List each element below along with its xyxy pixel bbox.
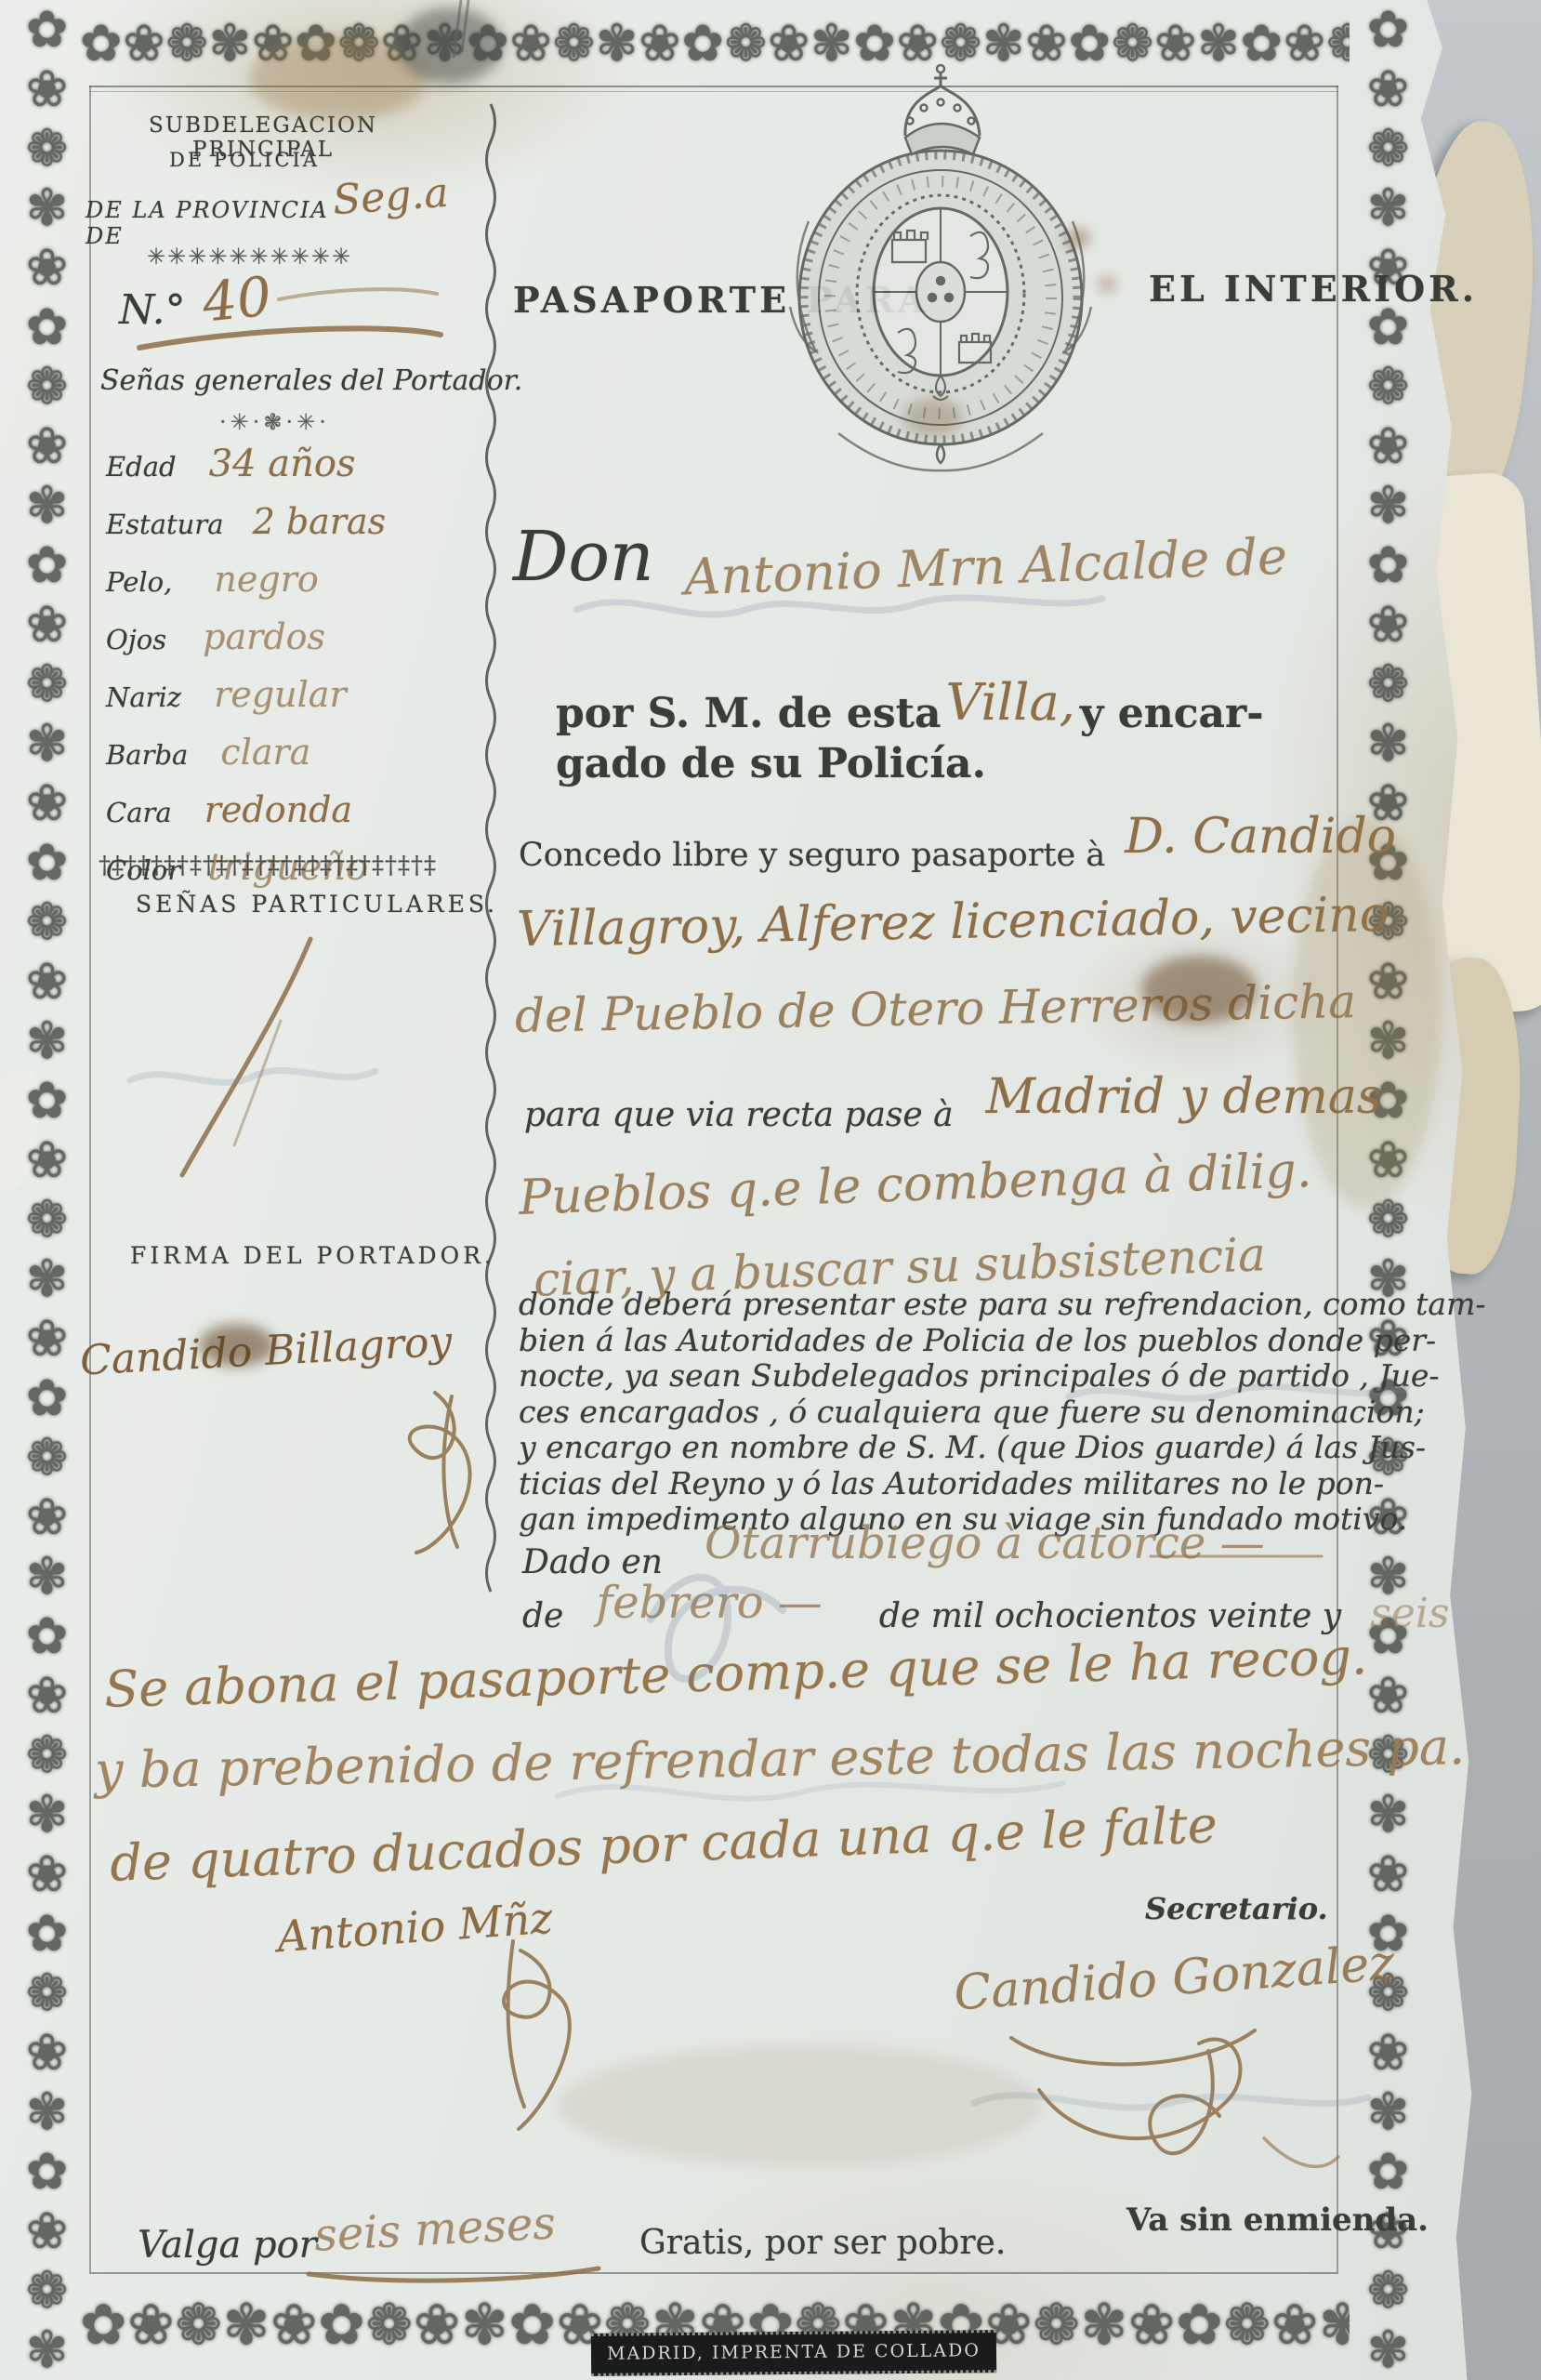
column-divider-wave [487,104,495,1592]
stain-blob [398,7,502,84]
stain-blob [1065,229,1089,247]
stain-blob [1292,818,1441,1209]
stain-blob [903,398,963,437]
stain-blob [558,2045,1041,2166]
stain-blob [1141,956,1257,1023]
passport-scan: ✿❀❁✾❀✿❁❀✾✿❀❁✾❀✿❁❀✾✿❀❁✾❀✿❁❀✾✿❀❁✾❀✿❁❀✾✿❀❁✾… [0,0,1541,2380]
stain-blob [1099,277,1115,292]
stain-blob [199,1324,275,1367]
ink-flourishes [0,0,1541,2380]
